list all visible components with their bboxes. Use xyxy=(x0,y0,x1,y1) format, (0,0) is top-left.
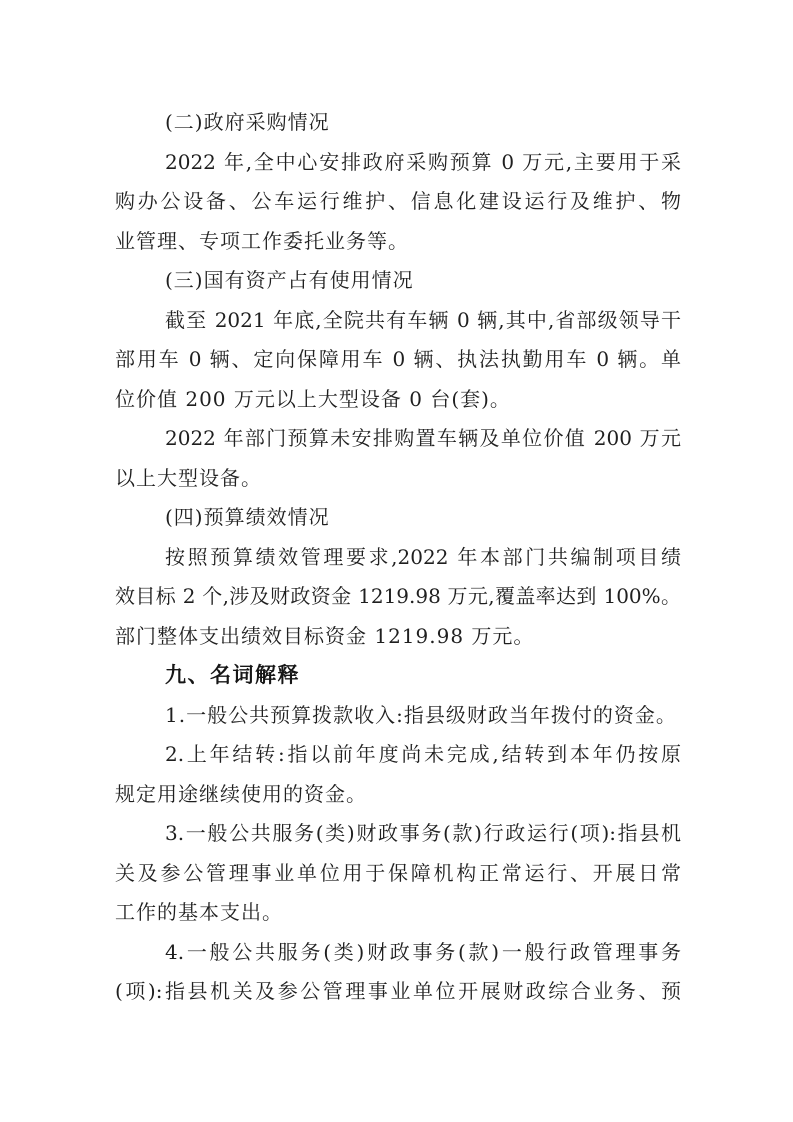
document-body: (二)政府采购情况2022 年,全中心安排政府采购预算 0 万元,主要用于采购办… xyxy=(115,103,681,1012)
document-line: 购办公设备、公车运行维护、信息化建设运行及维护、物 xyxy=(115,182,681,222)
document-line: 业管理、专项工作委托业务等。 xyxy=(115,222,681,262)
document-line: 位价值 200 万元以上大型设备 0 台(套)。 xyxy=(115,380,681,420)
document-line: 规定用途继续使用的资金。 xyxy=(115,775,681,815)
document-line: (二)政府采购情况 xyxy=(115,103,681,143)
document-page: (二)政府采购情况2022 年,全中心安排政府采购预算 0 万元,主要用于采购办… xyxy=(0,0,793,1122)
document-line: 以上大型设备。 xyxy=(115,459,681,499)
document-line: 工作的基本支出。 xyxy=(115,893,681,933)
document-line: (项):指县机关及参公管理事业单位开展财政综合业务、预 xyxy=(115,972,681,1012)
document-line: 4.一般公共服务(类)财政事务(款)一般行政管理事务 xyxy=(115,933,681,973)
document-line: 按照预算绩效管理要求,2022 年本部门共编制项目绩 xyxy=(115,538,681,578)
document-line: (四)预算绩效情况 xyxy=(115,498,681,538)
document-line: (三)国有资产占有使用情况 xyxy=(115,261,681,301)
document-line: 2022 年部门预算未安排购置车辆及单位价值 200 万元 xyxy=(115,419,681,459)
document-line: 关及参公管理事业单位用于保障机构正常运行、开展日常 xyxy=(115,854,681,894)
document-line: 截至 2021 年底,全院共有车辆 0 辆,其中,省部级领导干 xyxy=(115,301,681,341)
document-line: 3.一般公共服务(类)财政事务(款)行政运行(项):指县机 xyxy=(115,814,681,854)
section-heading: 九、名词解释 xyxy=(115,656,681,696)
document-line: 2022 年,全中心安排政府采购预算 0 万元,主要用于采 xyxy=(115,143,681,183)
document-line: 部用车 0 辆、定向保障用车 0 辆、执法执勤用车 0 辆。单 xyxy=(115,340,681,380)
document-line: 效目标 2 个,涉及财政资金 1219.98 万元,覆盖率达到 100%。 xyxy=(115,577,681,617)
document-line: 1.一般公共预算拨款收入:指县级财政当年拨付的资金。 xyxy=(115,696,681,736)
document-line: 部门整体支出绩效目标资金 1219.98 万元。 xyxy=(115,617,681,657)
document-line: 2.上年结转:指以前年度尚未完成,结转到本年仍按原 xyxy=(115,735,681,775)
